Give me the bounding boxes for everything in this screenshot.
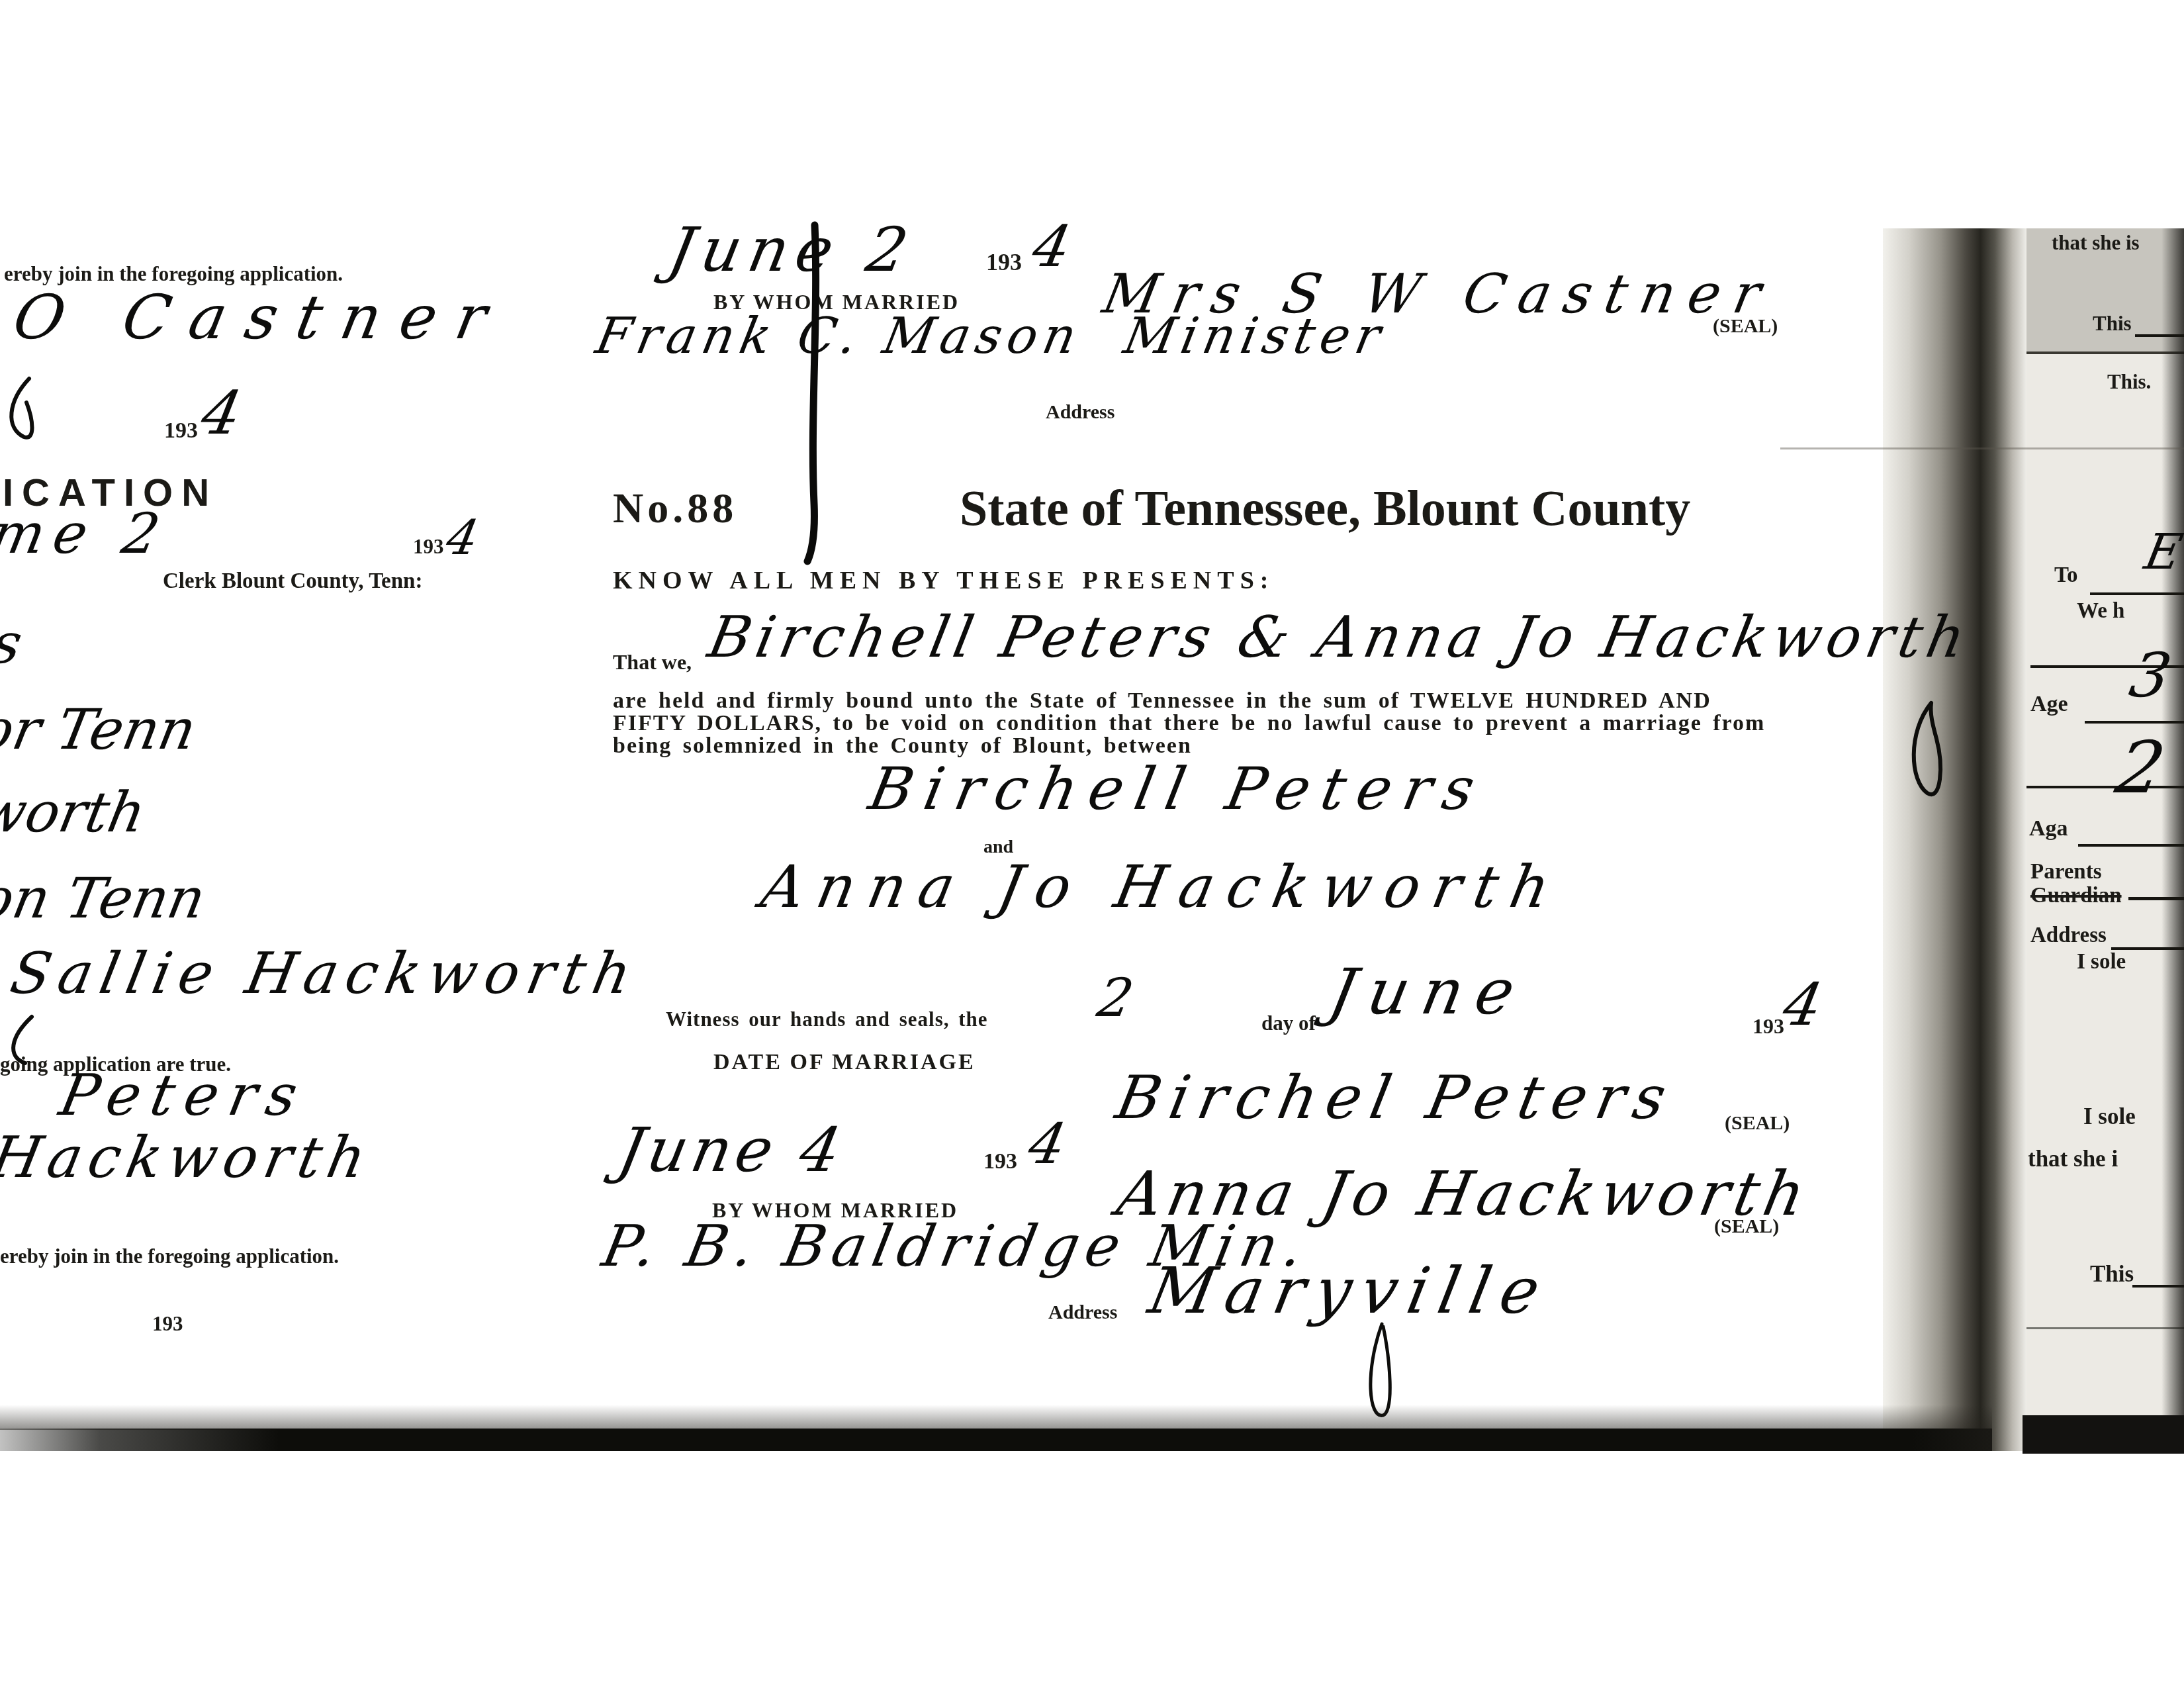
sallie-hackworth-signature: Sallie Hackworth	[7, 945, 644, 1002]
left-hw-worth: worth	[0, 784, 150, 840]
rule	[2135, 334, 2184, 337]
castner-witness-signature: Mrs S W Castner	[1099, 267, 1778, 322]
left-year3-print: 193	[152, 1313, 183, 1334]
left-year2-handwritten: 4	[443, 514, 482, 561]
rule	[2078, 844, 2184, 847]
prev-year-handwritten: 4	[1028, 218, 1075, 275]
prev-date-handwritten: June 2	[664, 220, 920, 281]
fold-crease-line	[1780, 447, 2184, 449]
left-year-print: 193	[164, 420, 198, 442]
bottom-shadow-fade	[0, 1405, 1992, 1430]
right-guardian-label: Guardian	[2030, 885, 2122, 907]
bond-title: State of Tennessee, Blount County	[960, 483, 1690, 534]
know-all-men-heading: KNOW ALL MEN BY THESE PRESENTS:	[613, 568, 1274, 593]
date-of-marriage-label: DATE OF MARRIAGE	[713, 1051, 976, 1074]
day-of-label: day of	[1261, 1013, 1316, 1033]
rule	[2132, 1285, 2184, 1288]
right-page-dark-edge	[2161, 228, 2184, 1451]
day-handwritten: 2	[1093, 972, 1137, 1025]
bond-body-line2: FIFTY DOLLARS, to be void on condition t…	[613, 712, 1765, 735]
bottom-black-band	[0, 1429, 1992, 1451]
prev-year-print: 193	[986, 250, 1022, 274]
parties-names-handwritten: Birchell Peters & Anna Jo Hackworth	[704, 609, 1975, 666]
right-this3-label: This	[2090, 1262, 2134, 1286]
right-to-label: To	[2054, 565, 2077, 586]
rule	[2026, 786, 2184, 788]
left-june2-handwritten: me 2	[0, 506, 173, 561]
right-this1-label: This	[2093, 313, 2132, 334]
right-that-she-is: that she is	[2052, 232, 2140, 253]
rule	[2090, 592, 2184, 595]
clerk-label: Clerk Blount County, Tenn:	[163, 571, 422, 592]
address-handwritten: Maryville	[1144, 1259, 1555, 1323]
witness-year-handwritten: 4	[1778, 976, 1827, 1034]
right-that-she-i-text: that she i	[2028, 1147, 2118, 1170]
bond-body-line3: being solemnized in the County of Blount…	[613, 735, 1192, 757]
rule	[2026, 1327, 2184, 1329]
marriage-year-print: 193	[983, 1150, 1017, 1173]
groom-name-handwritten: Birchell Peters	[864, 760, 1490, 818]
castner-signature: O Castner	[9, 287, 512, 348]
scanned-marriage-record: ereby join in the foregoing application.…	[0, 0, 2184, 1688]
that-we-label: That we,	[613, 651, 692, 673]
left-hw-or-tenn: or Tenn	[0, 702, 201, 757]
right-page-fragment: that she is This This. To E We h Age 3 2…	[2026, 228, 2184, 1451]
marriage-date-handwritten: June 4	[614, 1120, 850, 1181]
bond-body-line1: are held and firmly bound unto the State…	[613, 690, 1711, 712]
left-stray-flourish	[11, 379, 32, 438]
right-this2-label: This.	[2107, 371, 2151, 392]
right-age2-label: Aga	[2029, 818, 2068, 840]
book-fold-gutter	[1883, 228, 2026, 1451]
right-age1-label: Age	[2030, 693, 2068, 716]
prev-address-label: Address	[1046, 402, 1115, 422]
left-hw-on-tenn: on Tenn	[0, 870, 210, 926]
left-peters-signature: Peters	[56, 1067, 312, 1124]
bottom-right-dark-block	[2023, 1415, 2184, 1454]
marriage-year-handwritten: 4	[1024, 1116, 1071, 1172]
month-handwritten: June	[1324, 961, 1533, 1024]
right-i-sole2-text: I sole	[2083, 1105, 2136, 1128]
left-hackworth-signature: Hackworth	[0, 1129, 377, 1186]
rule	[2128, 897, 2184, 900]
witness-hands-seals-text: Witness our hands and seals, the	[666, 1009, 988, 1029]
left-join-text-top: ereby join in the foregoing application.	[4, 263, 343, 284]
left-hw-is: is	[0, 616, 26, 671]
groom-signature: Birchel Peters	[1111, 1068, 1680, 1128]
right-we-h-text: We h	[2077, 600, 2124, 622]
right-address-label: Address	[2030, 925, 2107, 947]
bond-address-label: Address	[1048, 1303, 1117, 1323]
left-year2-print: 193	[413, 536, 444, 557]
right-parents-label: Parents	[2030, 861, 2102, 883]
right-i-sole1-text: I sole	[2077, 951, 2126, 973]
left-year-handwritten: 4	[197, 384, 246, 444]
bride-name-handwritten: Anna Jo Hackworth	[756, 858, 1567, 916]
rule	[2085, 721, 2184, 724]
maryville-descender-loop	[1371, 1324, 1390, 1415]
groom-seal-label: (SEAL)	[1725, 1113, 1790, 1133]
right-to-handwritten: E	[2141, 528, 2184, 577]
bond-number: No.88	[613, 487, 737, 530]
left-join-text-bottom: ereby join in the foregoing application.	[0, 1246, 339, 1266]
